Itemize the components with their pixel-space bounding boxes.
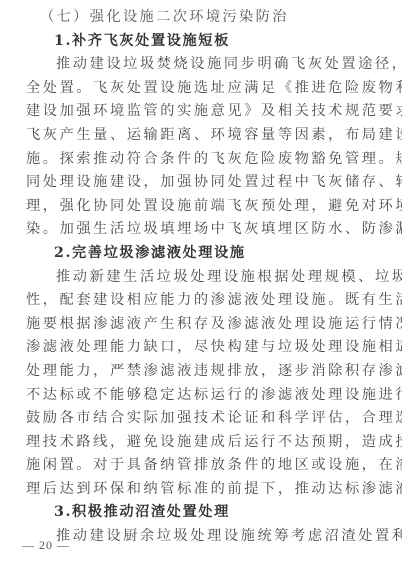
paragraph-line: 全处置。飞灰处置设施选址应满足《推进危险废物利用处置设施 (26, 77, 382, 101)
paragraph-line: 推动新建生活垃圾处理设施根据处理规模、垃圾含水率等特 (26, 266, 382, 290)
paragraph-line: 渗滤液处理能力缺口，尽快构建与垃圾处理设施相适应的渗滤液 (26, 336, 382, 360)
paragraph-line: 理后达到环保和纳管标准的前提下，推动达标渗滤液纳管排放。 (26, 478, 382, 502)
paragraph-line: 染。加强生活垃圾填埋场中飞灰填埋区防水、防渗漏设施建设。 (26, 218, 382, 242)
section-heading: （七）强化设施二次环境污染防治 (26, 6, 382, 30)
subsection-title: 2.完善垃圾渗滤液处理设施 (26, 242, 382, 266)
paragraph-line: 性，配套建设相应能力的渗滤液处理设施。既有生活垃圾处理设 (26, 289, 382, 313)
paragraph-line: 建设加强环境监管的实施意见》及相关技术规范要求，统筹考虑 (26, 100, 382, 124)
paragraph-line: 飞灰产生量、运输距离、环境容量等因素，布局建设飞灰处置设 (26, 124, 382, 148)
document-page: （七）强化设施二次环境污染防治 1.补齐飞灰处置设施短板 推动建设垃圾焚烧设施同… (26, 6, 382, 549)
paragraph-line: 不达标或不能够稳定达标运行的渗滤液处理设施进行提标改造。 (26, 384, 382, 408)
paragraph-line: 施。探索推动符合条件的飞灰危险废物豁免管理。规范水泥窑协 (26, 148, 382, 172)
paragraph-line: 理技术路线，避免设施建成后运行不达预期，造成投资浪费和设 (26, 431, 382, 455)
paragraph-line: 同处理设施建设，加强协同处置过程中飞灰储存、转移等环节管 (26, 171, 382, 195)
paragraph-line: 施闲置。对于具备纳管排放条件的地区或设施，在渗滤液经预处 (26, 454, 382, 478)
subsection-title: 1.补齐飞灰处置设施短板 (26, 30, 382, 54)
paragraph-line: 鼓励各市结合实际加强技术论证和科学评估，合理选择渗滤液处 (26, 407, 382, 431)
paragraph-line: 理，强化协同处置设施前端飞灰预处理，避免对环境造成二次污 (26, 195, 382, 219)
subsection-title: 3.积极推动沼渣处置处理 (26, 501, 382, 525)
paragraph-line: 推动建设垃圾焚烧设施同步明确飞灰处置途径，保障飞灰安 (26, 53, 382, 77)
paragraph-line: 处理能力，严禁渗滤液违规排放，逐步消除积存渗滤液，对环保 (26, 360, 382, 384)
paragraph-line: 施要根据渗滤液产生积存及渗滤液处理设施运行情况，加快补齐 (26, 313, 382, 337)
page-number: — 20 — (22, 538, 70, 553)
paragraph-line: 推动建设厨余垃圾处理设施统筹考虑沼渣处置利用，积极建 (26, 525, 382, 549)
